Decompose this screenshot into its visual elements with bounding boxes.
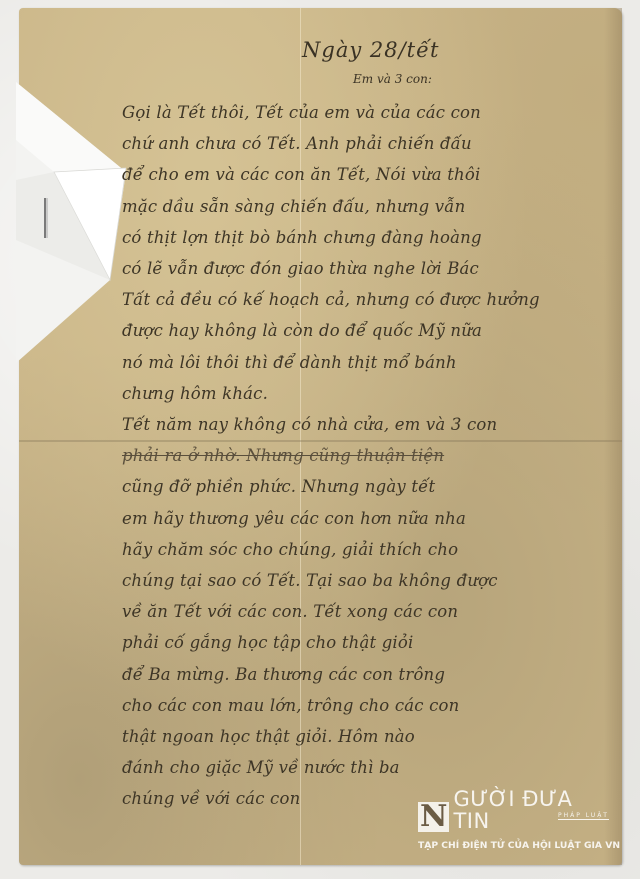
watermark-subbrand: PHÁP LUẬT [558,812,609,820]
watermark-tagline: TẠP CHÍ ĐIỆN TỬ CỦA HỘI LUẬT GIA VN [418,840,613,851]
letter-line: hãy chăm sóc cho chúng, giải thích cho [122,535,592,566]
letter-date-heading: Ngày 28/tết [302,38,439,62]
watermark-logo: N GƯỜI ĐƯA TIN [418,788,613,832]
letter-line: có lẽ vẫn được đón giao thừa nghe lời Bá… [122,254,592,285]
letter-line: để cho em và các con ăn Tết, Nói vừa thô… [122,160,592,191]
letter-line: để Ba mừng. Ba thương các con trông [122,660,592,691]
letter-line: mặc dầu sẵn sàng chiến đấu, nhưng vẫn [122,192,592,223]
letter-line: phải ra ở nhờ. Nhưng cũng thuận tiện [122,441,592,472]
letter-line: được hay không là còn do để quốc Mỹ nữa [122,316,592,347]
letter-line: có thịt lợn thịt bò bánh chưng đàng hoàn… [122,223,592,254]
letter-body: Gọi là Tết thôi, Tết của em và của các c… [122,98,607,816]
watermark-logo-letter: N [418,802,449,832]
letter-line: Tất cả đều có kế hoạch cả, nhưng có được… [122,285,592,316]
letter-line: Tết năm nay không có nhà cửa, em và 3 co… [122,410,592,441]
letter-line: Gọi là Tết thôi, Tết của em và của các c… [122,98,592,129]
letter-line: chưng hôm khác. [122,379,592,410]
publisher-watermark: N GƯỜI ĐƯA TIN PHÁP LUẬT TẠP CHÍ ĐIỆN TỬ… [418,788,613,851]
letter-line: về ăn Tết với các con. Tết xong các con [122,597,592,628]
letter-line: thật ngoan học thật giỏi. Hôm nào [122,722,592,753]
watermark-brand-name: GƯỜI ĐƯA TIN [453,788,613,832]
letter-line: cho các con mau lớn, trông cho các con [122,691,592,722]
letter-line: phải cố gắng học tập cho thật giỏi [122,628,592,659]
letter-line: em hãy thương yêu các con hơn nữa nha [122,504,592,535]
letter-line: chứ anh chưa có Tết. Anh phải chiến đấu [122,129,592,160]
folded-envelope [14,80,126,365]
letter-salutation: Em và 3 con: [353,72,432,86]
letter-line: nó mà lôi thôi thì để dành thịt mổ bánh [122,348,592,379]
envelope-shape-icon [14,80,126,365]
letter-line: đánh cho giặc Mỹ về nước thì ba [122,753,592,784]
letter-line: chúng tại sao có Tết. Tại sao ba không đ… [122,566,592,597]
letter-line: cũng đỡ phiền phức. Nhưng ngày tết [122,472,592,503]
